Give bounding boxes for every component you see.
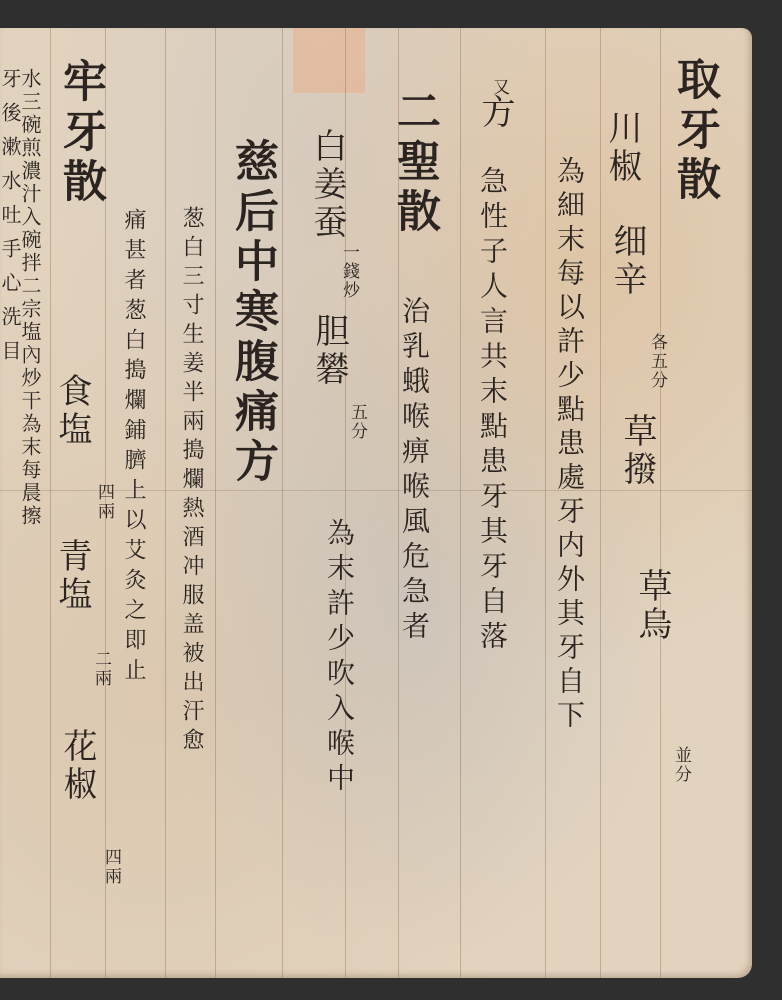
dosage-note: 四兩 bbox=[95, 483, 112, 521]
dosage-note: 各五分 bbox=[648, 333, 665, 390]
recipe-heading-fang: 方 bbox=[478, 94, 512, 132]
ingredient-qingyan: 青塩 bbox=[55, 538, 89, 614]
recipe-title-zhonghan-futong: 慈后中寒腹痛方 bbox=[230, 138, 274, 488]
dosage-note: 五分 bbox=[348, 403, 365, 441]
ingredient-huajiao: 花椒 bbox=[60, 728, 94, 804]
column-rule bbox=[660, 28, 661, 978]
ingredient-baijiangcan: 白姜蚕 bbox=[310, 128, 344, 242]
dosage-note: 四兩 bbox=[102, 848, 119, 886]
ingredient-danfan: 胆礬 bbox=[312, 313, 346, 389]
column-rule bbox=[215, 28, 216, 978]
column-rule bbox=[600, 28, 601, 978]
recipe-title-ersheng-san: 二聖散 bbox=[392, 88, 436, 238]
instruction-text: 葱白三寸生姜半兩搗爛熱酒冲服盖被出汗愈 bbox=[180, 206, 202, 757]
column-rule bbox=[50, 28, 51, 978]
column-rule bbox=[545, 28, 546, 978]
ingredient-bibo: 草撥 bbox=[620, 413, 654, 489]
instruction-text: 水三碗煎濃汁入碗拌二宗塩內炒干為末每晨擦 bbox=[20, 68, 40, 528]
instruction-text-cut: 牙後漱水吐手心洗目 bbox=[0, 68, 20, 374]
instruction-text: 痛甚者葱白搗爛鋪臍上以艾灸之即止 bbox=[122, 208, 144, 688]
dosage-note: 一錢炒 bbox=[340, 243, 357, 300]
column-rule bbox=[282, 28, 283, 978]
indication-text: 治乳蛾喉痹喉風危急者 bbox=[400, 296, 428, 646]
column-rule bbox=[165, 28, 166, 978]
ingredient-chuanjiao: 川椒 bbox=[605, 110, 639, 186]
instruction-text: 為末許少吹入喉中 bbox=[325, 518, 353, 798]
instruction-text: 急性子人言共末點患牙其牙自落 bbox=[478, 166, 506, 656]
instruction-text: 為細末每以許少點患處牙内外其牙自下 bbox=[555, 156, 583, 734]
ingredient-shiyan: 食塩 bbox=[55, 373, 89, 449]
recipe-title-quya-san: 取牙散 bbox=[672, 56, 716, 206]
manuscript-page: 取牙散 川椒 细辛 各五分 草撥 草烏 並分 為細末每以許少點患處牙内外其牙自下… bbox=[0, 28, 752, 978]
ingredient-xixin: 细辛 bbox=[610, 223, 644, 299]
dosage-note: 並分 bbox=[672, 746, 689, 784]
ingredient-caowu: 草烏 bbox=[635, 568, 669, 644]
recipe-title-laoya-san: 牢牙散 bbox=[58, 58, 102, 208]
dosage-note: 二兩 bbox=[92, 650, 109, 688]
faded-seal-stamp bbox=[293, 28, 365, 93]
column-rule bbox=[460, 28, 461, 978]
